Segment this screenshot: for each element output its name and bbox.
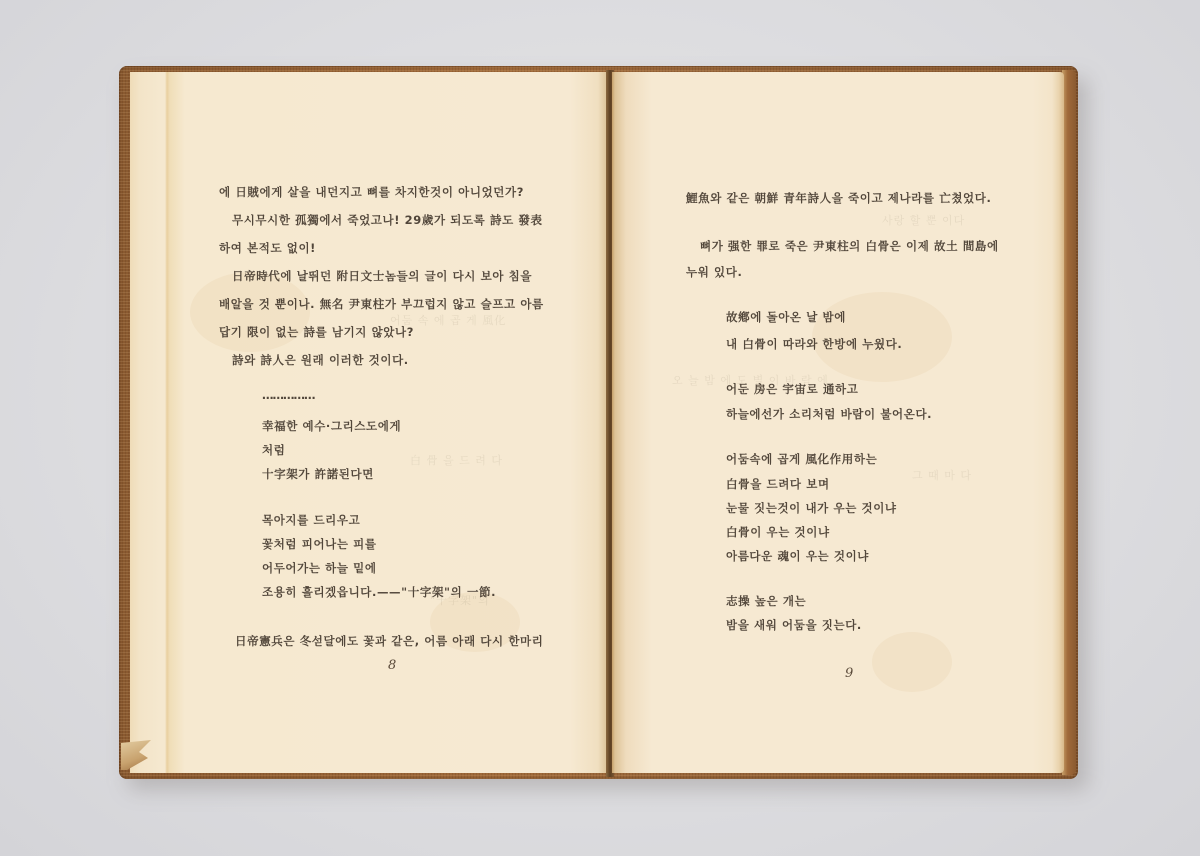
paper-stain (190, 272, 310, 352)
page-number-left: 8 (388, 658, 396, 673)
poem-line: 처럼 (262, 442, 285, 458)
poem-line: 아름다운 魂이 우는 것이냐 (726, 548, 869, 564)
prose-line: 무시무시한 孤獨에서 죽었고나! 29歲가 되도록 詩도 發表 (232, 212, 543, 228)
poem-line: 故鄕에 돌아온 날 밤에 (726, 309, 846, 325)
poem-line: 밤을 새워 어둠을 짓는다. (726, 617, 862, 633)
prose-line: 에 日賊에게 살을 내던지고 뼈를 차지한것이 아니었던가? (219, 184, 524, 200)
prose-line: 日帝時代에 날뛰던 附日文士놈들의 글이 다시 보아 침을 (232, 268, 532, 284)
poem-line: 白骨이 우는 것이냐 (726, 524, 830, 540)
ellipsis-divider: …………… (262, 388, 315, 402)
paper-stain (872, 632, 952, 692)
right-fore-edge (1062, 70, 1076, 775)
poem-line: 내 白骨이 따라와 한방에 누웠다. (726, 336, 902, 352)
prose-line: 뼈가 强한 罪로 죽은 尹東柱의 白骨은 이제 故土 間島에 (700, 238, 999, 254)
prose-line: 누워 있다. (686, 264, 742, 280)
poem-line: 幸福한 예수·그리스도에게 (262, 418, 401, 434)
poem-line: 어둔 房은 宇宙로 通하고 (726, 381, 858, 397)
bleed-through-text: 그 때 마 다 (912, 467, 972, 483)
bleed-through-text: 사랑 할 뿐 이다 (882, 212, 965, 228)
closing-line: 日帝憲兵은 冬섣달에도 꽃과 같은, 어름 아래 다시 한마리 (235, 633, 543, 649)
poem-line: 하늘에선가 소리처럼 바람이 불어온다. (726, 406, 932, 422)
prose-line: 배알을 것 뿐이나. 無名 尹東柱가 부끄럽지 않고 슬프고 아름 (219, 296, 544, 312)
right-page: 사랑 할 뿐 이다 오 늘 밤 에 도 별 이 바 람 에 그 때 마 다 (612, 72, 1064, 773)
poem-line: 조용히 흘리겠읍니다.——"十字架"의 一節. (262, 584, 496, 600)
poem-line: 눈물 짓는것이 내가 우는 것이냐 (726, 500, 897, 516)
poem-line: 十字架가 許諾된다면 (262, 466, 374, 482)
prose-line: 하여 본적도 없이! (219, 240, 316, 256)
poem-line: 어두어가는 하늘 밑에 (262, 560, 377, 576)
poem-line: 白骨을 드려다 보며 (726, 476, 830, 492)
poem-line: 목아지를 드리우고 (262, 512, 360, 528)
prose-line: 답기 限이 없는 詩를 남기지 않았나? (219, 324, 414, 340)
poem-line: 어둠속에 곱게 風化作用하는 (726, 451, 877, 467)
page-number-right: 9 (845, 666, 853, 681)
poem-line: 志操 높은 개는 (726, 593, 806, 609)
poem-line: 꽃처럼 피어나는 피를 (262, 536, 377, 552)
prose-line: 鯉魚와 같은 朝鮮 青年詩人을 죽이고 제나라를 亡쳤었다. (686, 190, 991, 206)
bleed-through-text: 白 骨 을 드 려 다 (410, 452, 503, 468)
prose-line: 詩와 詩人은 원래 이러한 것이다. (232, 352, 409, 368)
